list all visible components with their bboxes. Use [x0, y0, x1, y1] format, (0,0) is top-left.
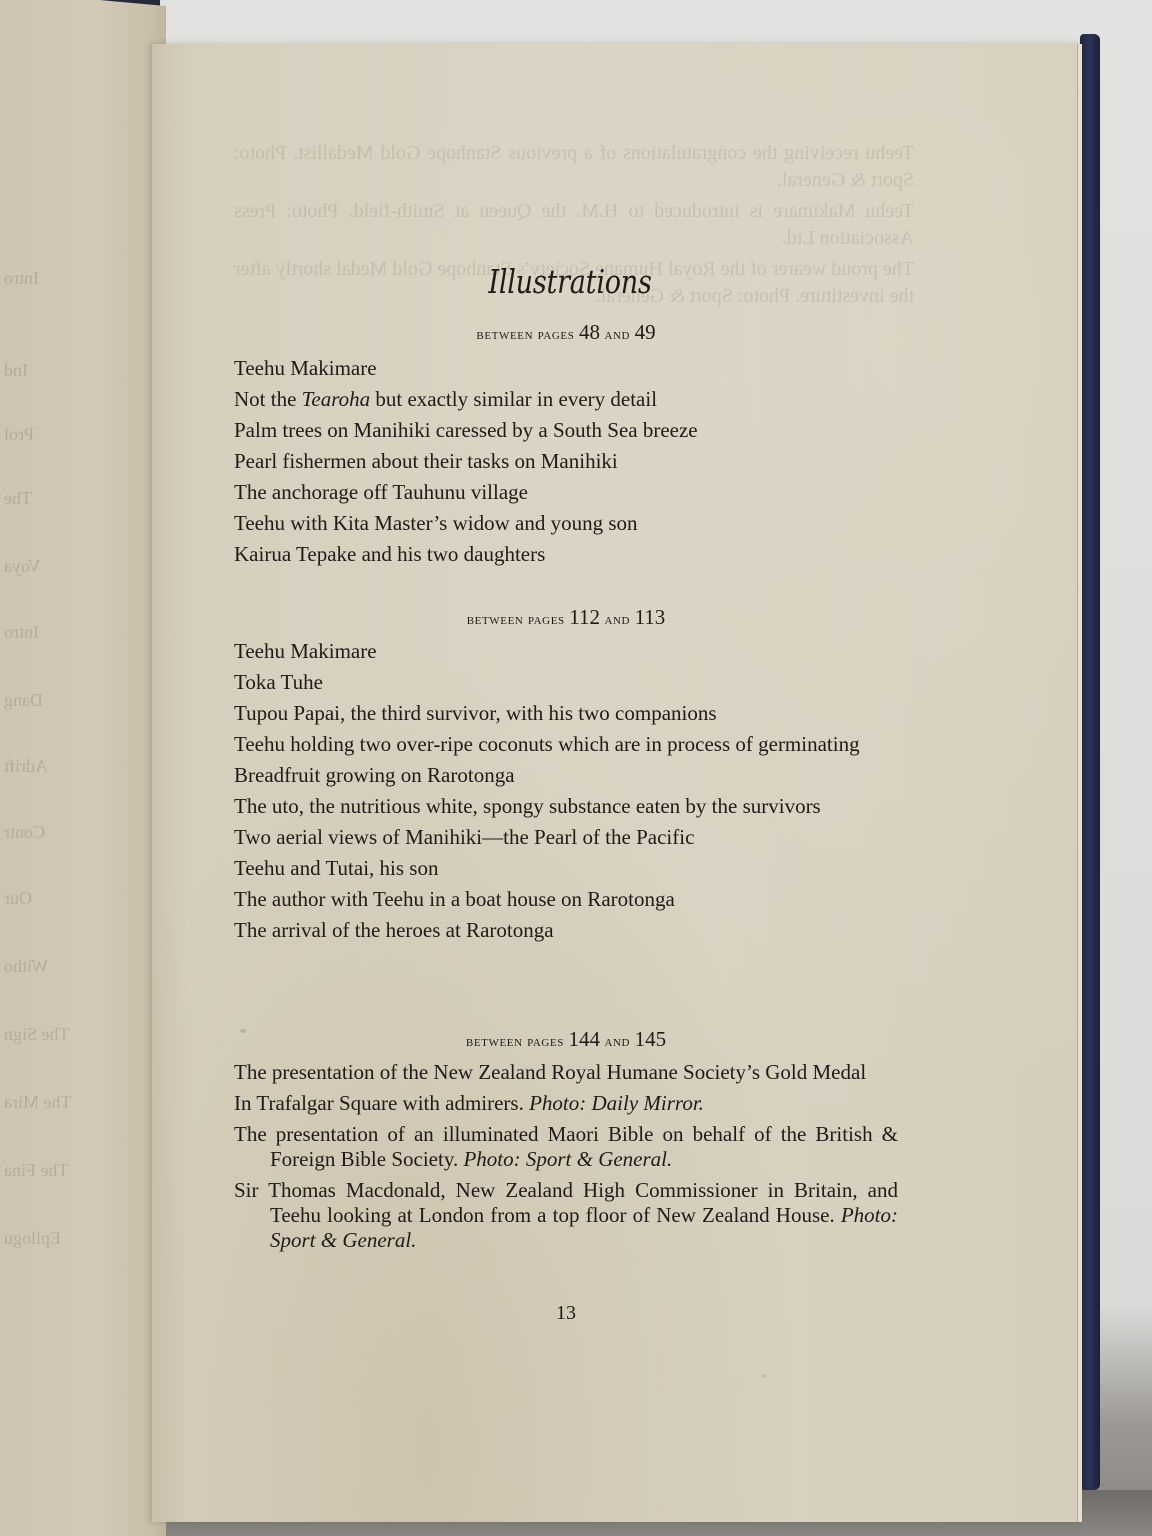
list-item: Kairua Tepake and his two daughters: [234, 542, 898, 567]
list-item: Teehu Makimare: [234, 356, 898, 381]
left-page-ghost-text: The Fina: [4, 1160, 69, 1181]
list-item: The uto, the nutritious white, spongy su…: [234, 794, 898, 819]
page-number: 13: [234, 1302, 898, 1325]
list-item: Breadfruit growing on Rarotonga: [234, 763, 898, 788]
list-item: Toka Tuhe: [234, 670, 898, 695]
list-item: The author with Teehu in a boat house on…: [234, 887, 898, 912]
page-block-edge: [1077, 44, 1082, 1522]
left-page-ghost-text: The: [4, 488, 32, 509]
section-heading: between pages 112 and 113: [234, 605, 898, 630]
left-page-ghost-text: Adrift: [4, 756, 48, 777]
list-item: Not the Tearoha but exactly similar in e…: [234, 387, 898, 412]
section-heading: between pages 48 and 49: [234, 320, 898, 345]
left-page-ghost-text: Voya: [4, 556, 41, 577]
right-page-recto: Teehu receiving the congratulations of a…: [152, 44, 1082, 1522]
book-cover-right-edge: [1080, 34, 1100, 1490]
illustration-list: Teehu Makimare Not the Tearoha but exact…: [234, 356, 898, 573]
list-item: Sir Thomas Macdonald, New Zealand High C…: [234, 1178, 898, 1253]
list-item: Tupou Papai, the third survivor, with hi…: [234, 701, 898, 726]
list-item: The presentation of the New Zealand Roya…: [234, 1060, 898, 1085]
left-page-ghost-text: Epilogu: [4, 1228, 61, 1249]
list-item: Teehu and Tutai, his son: [234, 856, 898, 881]
list-item: The arrival of the heroes at Rarotonga: [234, 918, 898, 943]
left-page-ghost-text: The Mira: [4, 1092, 71, 1113]
left-page-ghost-text: Ind: [4, 360, 28, 381]
list-item: Pearl fishermen about their tasks on Man…: [234, 449, 898, 474]
left-page-ghost-text: Our: [4, 888, 32, 909]
left-page-ghost-text: Dang: [4, 690, 43, 711]
list-item: Palm trees on Manihiki caressed by a Sou…: [234, 418, 898, 443]
list-item: In Trafalgar Square with admirers. Photo…: [234, 1091, 898, 1116]
list-item: The anchorage off Tauhunu village: [234, 480, 898, 505]
left-page-ghost-text: The Sign: [4, 1024, 70, 1045]
left-page-ghost-text: Witho: [4, 956, 48, 977]
list-item: Teehu with Kita Master’s widow and young…: [234, 511, 898, 536]
section-heading: between pages 144 and 145: [234, 1027, 898, 1052]
list-item: The presentation of an illuminated Maori…: [234, 1122, 898, 1172]
paper-stain: [762, 1374, 767, 1378]
left-page-ghost-text: Intro: [4, 268, 39, 289]
list-item: Teehu holding two over-ripe coconuts whi…: [234, 732, 898, 757]
left-page-ghost-text: Contr: [4, 822, 45, 843]
page-title: Illustrations: [294, 262, 845, 301]
list-item: Teehu Makimare: [234, 639, 898, 664]
left-page-ghost-text: Intro: [4, 622, 39, 643]
left-page-ghost-text: Prol: [4, 424, 34, 445]
left-page-verso: Intro Ind Prol The Voya Intro Dang Adrif…: [0, 0, 166, 1536]
list-item: Two aerial views of Manihiki—the Pearl o…: [234, 825, 898, 850]
illustration-list: Teehu Makimare Toka Tuhe Tupou Papai, th…: [234, 639, 898, 949]
illustration-list: The presentation of the New Zealand Roya…: [234, 1060, 898, 1259]
